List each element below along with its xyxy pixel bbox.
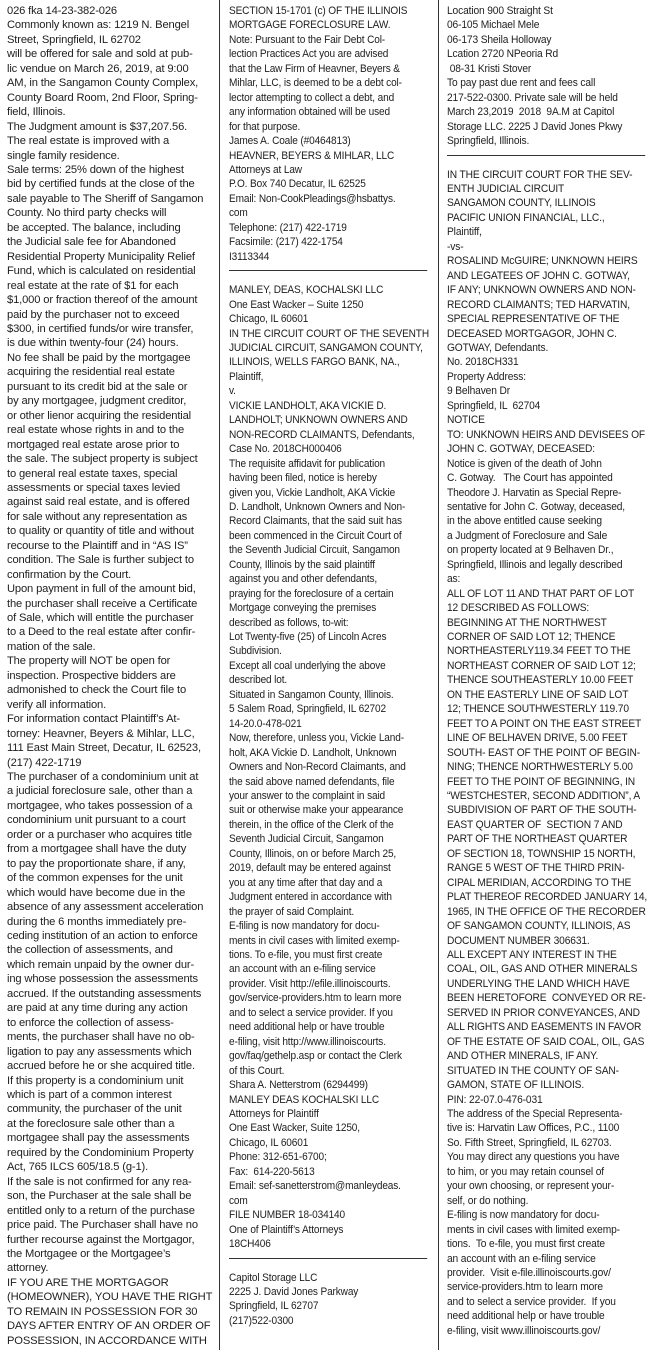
text-line: SECTION 15-1701 (c) OF THE ILLINOIS <box>229 4 429 18</box>
text-line: 18CH406 <box>229 1237 429 1251</box>
text-line: County. No third party checks will <box>7 206 212 220</box>
text-line: of this Court. <box>229 1064 429 1078</box>
text-line: the collection of assessments, and <box>7 943 212 957</box>
text-line: 111 East Main Street, Decatur, IL 62523, <box>7 741 212 755</box>
text-line: recourse to the Plaintiff and in “AS IS” <box>7 539 212 553</box>
text-line: ceding institution of an action to enfor… <box>7 929 212 943</box>
text-line: Springfield, IL 62707 <box>229 1299 429 1313</box>
text-line: PLAT THEREOF RECORDED JANUARY 14, <box>447 890 647 904</box>
text-line: verify all information. <box>7 698 212 712</box>
text-line: assessments or special taxes levied <box>7 481 212 495</box>
text-line: DECEASED MORTGAGOR, JOHN C. <box>447 327 647 341</box>
text-line: NORTHEASTERLY119.34 FEET TO THE <box>447 644 647 658</box>
text-line: Mihlar, LLC, is deemed to be a debt col- <box>229 76 429 90</box>
text-line: Residential Property Municipality Relief <box>7 250 212 264</box>
text-line: For information contact Plaintiff’s At- <box>7 712 212 726</box>
text-line: a judicial foreclosure sale, other than … <box>7 784 212 798</box>
text-line: as: <box>447 572 647 586</box>
text-line: One East Wacker – Suite 1250 <box>229 298 429 312</box>
text-line: OF THE ESTATE OF SAID COAL, OIL, GAS <box>447 1035 647 1049</box>
text-line: against said real estate, and is offered <box>7 495 212 509</box>
text-line: therein, in the office of the Clerk of t… <box>229 818 429 832</box>
text-line: (217) 422-1719 <box>7 756 212 770</box>
text-line: RECORD CLAIMANTS; TED HARVATIN, <box>447 298 647 312</box>
text-line: will be offered for sale and sold at pub… <box>7 47 212 61</box>
text-line: which would have become due in the <box>7 886 212 900</box>
text-line: admonished to check the Court file to <box>7 683 212 697</box>
text-line: by any mortgagee, judgment creditor, <box>7 394 212 408</box>
text-line: TO REMAIN IN POSSESSION FOR 30 <box>7 1305 212 1319</box>
text-line: The purchaser of a condominium unit at <box>7 770 212 784</box>
text-line: Plaintiff, <box>229 370 429 384</box>
text-line: confirmation by the Court. <box>7 568 212 582</box>
text-line: need additional help or have trouble <box>229 1020 429 1034</box>
text-line: single family residence. <box>7 149 212 163</box>
text-line: If the sale is not confirmed for any rea… <box>7 1175 212 1189</box>
text-line: Act, 765 ILCS 605/18.5 (g-1). <box>7 1160 212 1174</box>
text-line: the said above named defendants, file <box>229 775 429 789</box>
text-line: MANLEY, DEAS, KOCHALSKI LLC <box>229 283 429 297</box>
text-line: 217-522-0300. Private sale will be held <box>447 91 647 105</box>
text-line: tive is: Harvatin Law Offices, P.C., 110… <box>447 1121 647 1135</box>
text-line: gov/service-providers.htm to learn more <box>229 991 429 1005</box>
text-line: com <box>229 206 429 220</box>
text-line: be accepted. The balance, including <box>7 221 212 235</box>
text-line: gov/faq/gethelp.asp or contact the Clerk <box>229 1049 429 1063</box>
text-line: JOHN C. GOTWAY, DECEASED: <box>447 442 647 456</box>
text-line: SANGAMON COUNTY, ILLINOIS <box>447 196 647 210</box>
text-line: ROSALIND McGUIRE; UNKNOWN HEIRS <box>447 254 647 268</box>
text-line: (217)522-0300 <box>229 1314 429 1328</box>
text-line: ALL RIGHTS AND EASEMENTS IN FAVOR <box>447 1020 647 1034</box>
text-line: paid by the purchaser not to exceed <box>7 308 212 322</box>
text-line: for sale without any representation as <box>7 510 212 524</box>
text-line: ments in civil cases with limited exemp- <box>229 934 429 948</box>
text-line: absence of any assessment acceleration <box>7 900 212 914</box>
text-line: Attorneys for Plaintiff <box>229 1107 429 1121</box>
text-line: Upon payment in full of the amount bid, <box>7 582 212 596</box>
text-line: -vs- <box>447 240 647 254</box>
text-line: MANLEY DEAS KOCHALSKI LLC <box>229 1093 429 1107</box>
text-line: $300, in certified funds/or wire transfe… <box>7 322 212 336</box>
text-line: $1,000 or fraction thereof of the amount <box>7 293 212 307</box>
text-line: LANDHOLT; UNKNOWN OWNERS AND <box>229 413 429 427</box>
text-line: So. Fifth Street, Springfield, IL 62703. <box>447 1136 647 1150</box>
text-line: that the Law Firm of Heavner, Beyers & <box>229 62 429 76</box>
text-line: mation of the sale. <box>7 640 212 654</box>
text-line: Phone: 312-651-6700; <box>229 1150 429 1164</box>
text-line: ILLINOIS, WELLS FARGO BANK, NA., <box>229 355 429 369</box>
text-line: to pay the proportionate share, if any, <box>7 857 212 871</box>
text-line: described lot. <box>229 673 429 687</box>
text-line: tions. To e-file, you must first create <box>447 1237 647 1251</box>
text-line: FILE NUMBER 18-034140 <box>229 1208 429 1222</box>
text-line: If this property is a condominium unit <box>7 1074 212 1088</box>
text-line: Mortgage conveying the premises <box>229 601 429 615</box>
capitol-storage-notice-end: Location 900 Straight St06-105 Michael M… <box>447 4 647 149</box>
text-line: ments, the purchaser shall have no ob- <box>7 1030 212 1044</box>
text-line: 06-173 Sheila Holloway <box>447 33 647 47</box>
text-line: EAST QUARTER OF SECTION 7 AND <box>447 818 647 832</box>
text-line: SOUTH- EAST OF THE POINT OF BEGIN- <box>447 746 647 760</box>
text-line: having been filed, notice is hereby <box>229 471 429 485</box>
text-line: Street, Springfield, IL 62702 <box>7 33 212 47</box>
text-line: BEEN HERETOFORE CONVEYED OR RE- <box>447 991 647 1005</box>
text-line: further recourse against the Mortgagor, <box>7 1233 212 1247</box>
text-line: Sale terms: 25% down of the highest <box>7 163 212 177</box>
column-3: Location 900 Straight St06-105 Michael M… <box>447 4 647 1338</box>
text-line: IF YOU ARE THE MORTGAGOR <box>7 1276 212 1290</box>
text-line: The property will NOT be open for <box>7 654 212 668</box>
text-line: on property located at 9 Belhaven Dr., <box>447 543 647 557</box>
text-line: Chicago, IL 60601 <box>229 312 429 326</box>
text-line: IF ANY; UNKNOWN OWNERS AND NON- <box>447 283 647 297</box>
text-line: Chicago, IL 60601 <box>229 1136 429 1150</box>
text-line: 026 fka 14-23-382-026 <box>7 4 212 18</box>
text-line: the Mortgagee or the Mortgagee’s <box>7 1247 212 1261</box>
text-line: PACIFIC UNION FINANCIAL, LLC., <box>447 211 647 225</box>
text-line: to him, or you may retain counsel of <box>447 1165 647 1179</box>
text-line: to a Deed to the real estate after confi… <box>7 625 212 639</box>
text-line: the sale. The subject property is subjec… <box>7 452 212 466</box>
text-line: No. 2018CH331 <box>447 355 647 369</box>
notice-separator <box>229 1258 427 1259</box>
notice-separator <box>447 155 645 156</box>
text-line: ALL OF LOT 11 AND THAT PART OF LOT <box>447 587 647 601</box>
text-line: the prayer of said Complaint. <box>229 905 429 919</box>
text-line: com <box>229 1194 429 1208</box>
text-line: accrued before he or she acquired title. <box>7 1059 212 1073</box>
text-line: the purchaser shall receive a Certificat… <box>7 597 212 611</box>
text-line: any information obtained will be used <box>229 105 429 119</box>
text-line: Notice is given of the death of John <box>447 457 647 471</box>
text-line: Capitol Storage LLC <box>229 1271 429 1285</box>
column-divider <box>219 0 220 1350</box>
text-line: OF SANGAMON COUNTY, ILLINOIS, AS <box>447 919 647 933</box>
text-line: of Sale, which will entitle the purchase… <box>7 611 212 625</box>
text-line: Fax: 614-220-5613 <box>229 1165 429 1179</box>
text-line: NOTICE <box>447 413 647 427</box>
text-line: Springfield, Illinois and legally descri… <box>447 558 647 572</box>
text-line: The requisite affidavit for publication <box>229 457 429 471</box>
text-line: order or a purchaser who acquires title <box>7 828 212 842</box>
text-line: Email: sef-sanetterstrom@manleydeas. <box>229 1179 429 1193</box>
text-line: D. Landholt, Unknown Owners and Non- <box>229 500 429 514</box>
text-line: Shara A. Netterstrom (6294499) <box>229 1078 429 1092</box>
text-line: of the common expenses for the unit <box>7 871 212 885</box>
text-line: 9 Belhaven Dr <box>447 384 647 398</box>
landholt-foreclosure-notice: MANLEY, DEAS, KOCHALSKI LLCOne East Wack… <box>229 283 429 1251</box>
text-line: entitled only to a return of the purchas… <box>7 1204 212 1218</box>
text-line: your own choosing, or represent your- <box>447 1179 647 1193</box>
text-line: an account with an e-filing service <box>229 962 429 976</box>
text-line: Record Claimants, that the said suit has <box>229 514 429 528</box>
text-line: P.O. Box 740 Decatur, IL 62525 <box>229 177 429 191</box>
text-line: DOCUMENT NUMBER 306631. <box>447 934 647 948</box>
text-line: PIN: 22-07.0-476-031 <box>447 1093 647 1107</box>
text-line: real estate whose rights in and to the <box>7 423 212 437</box>
text-line: sale payable to The Sheriff of Sangamon <box>7 192 212 206</box>
text-line: Springfield, IL 62704 <box>447 399 647 413</box>
text-line: price paid. The Purchaser shall have no <box>7 1218 212 1232</box>
text-line: “WESTCHESTER, SECOND ADDITION”, A <box>447 789 647 803</box>
text-line: Commonly known as: 1219 N. Bengel <box>7 18 212 32</box>
text-line: are paid at any time during any action <box>7 1001 212 1015</box>
text-line: ON THE EASTERLY LINE OF SAID LOT <box>447 688 647 702</box>
text-line: lector attempting to collect a debt, and <box>229 91 429 105</box>
text-line: Judgment entered in accordance with <box>229 890 429 904</box>
text-line: JUDICIAL CIRCUIT, SANGAMON COUNTY, <box>229 341 429 355</box>
text-line: or other lienor acquiring the residentia… <box>7 409 212 423</box>
text-line: mortgagee, who takes possession of a <box>7 799 212 813</box>
text-line: service-providers.htm to learn more <box>447 1280 647 1294</box>
gotway-foreclosure-notice: IN THE CIRCUIT COURT FOR THE SEV-ENTH JU… <box>447 168 647 1339</box>
text-line: son, the Purchaser at the sale shall be <box>7 1189 212 1203</box>
text-line: NON-RECORD CLAIMANTS, Defendants, <box>229 428 429 442</box>
text-line: in the above entitled cause seeking <box>447 514 647 528</box>
text-line: TO: UNKNOWN HEIRS AND DEVISEES OF <box>447 428 647 442</box>
text-line: e-filing, visit http://www.illinoiscourt… <box>229 1035 429 1049</box>
text-line: ligation to pay any assessments which <box>7 1045 212 1059</box>
text-line: inspection. Prospective bidders are <box>7 669 212 683</box>
text-line: 1965, IN THE OFFICE OF THE RECORDER <box>447 905 647 919</box>
text-line: Situated in Sangamon County, Illinois. <box>229 688 429 702</box>
sheriff-sale-notice-end: SECTION 15-1701 (c) OF THE ILLINOISMORTG… <box>229 4 429 264</box>
text-line: SERVED IN PRIOR CONVEYANCES, AND <box>447 1006 647 1020</box>
text-line: 12 DESCRIBED AS FOLLOWS: <box>447 601 647 615</box>
text-line: pursuant to its credit bid at the sale o… <box>7 380 212 394</box>
text-line: sentative for John C. Gotway, deceased, <box>447 500 647 514</box>
text-line: accrued. If the outstanding assessments <box>7 987 212 1001</box>
text-line: E-filing is now mandatory for docu- <box>229 919 429 933</box>
text-line: which remain unpaid by the owner dur- <box>7 958 212 972</box>
text-line: at the foreclosure sale other than a <box>7 1117 212 1131</box>
text-line: Note: Pursuant to the Fair Debt Col- <box>229 33 429 47</box>
text-line: PART OF THE NORTHEAST QUARTER <box>447 832 647 846</box>
text-line: an account with an e-filing service <box>447 1252 647 1266</box>
text-line: is due within twenty-four (24) hours. <box>7 336 212 350</box>
text-line: praying for the foreclosure of a certain <box>229 587 429 601</box>
text-line: Subdivision. <box>229 644 429 658</box>
text-line: lection Practices Act you are advised <box>229 47 429 61</box>
column-2: SECTION 15-1701 (c) OF THE ILLINOISMORTG… <box>229 4 429 1328</box>
text-line: torney: Heavner, Beyers & Mihlar, LLC, <box>7 727 212 741</box>
text-line: 2225 J. David Jones Parkway <box>229 1285 429 1299</box>
text-line: real estate at the rate of $1 for each <box>7 279 212 293</box>
text-line: Attorneys at Law <box>229 163 429 177</box>
text-line: against you and other defendants, <box>229 572 429 586</box>
text-line: HEAVNER, BEYERS & MIHLAR, LLC <box>229 149 429 163</box>
text-line: LINE OF BELHAVEN DRIVE, 5.00 FEET <box>447 731 647 745</box>
text-line: E-filing is now mandatory for docu- <box>447 1208 647 1222</box>
text-line: 08-31 Kristi Stover <box>447 62 647 76</box>
column-divider <box>438 0 439 1350</box>
text-line: Theodore J. Harvatin as Special Repre- <box>447 486 647 500</box>
text-line: UNDERLYING THE LAND WHICH HAVE <box>447 977 647 991</box>
text-line: provider. Visit http://efile.illinoiscou… <box>229 977 429 991</box>
text-line: condominium unit pursuant to a court <box>7 813 212 827</box>
text-line: The address of the Special Representa- <box>447 1107 647 1121</box>
text-line: AND LEGATEES OF JOHN C. GOTWAY, <box>447 269 647 283</box>
text-line: GAMON, STATE OF ILLINOIS. <box>447 1078 647 1092</box>
text-line: AND OTHER MINERALS, IF ANY. <box>447 1049 647 1063</box>
text-line: acquiring the residential real estate <box>7 365 212 379</box>
text-line: provider. Visit e-file.illinoiscourts.go… <box>447 1266 647 1280</box>
text-line: 06-105 Michael Mele <box>447 18 647 32</box>
text-line: BEGINNING AT THE NORTHWEST <box>447 616 647 630</box>
text-line: Seventh Judicial Circuit, Sangamon <box>229 832 429 846</box>
text-line: described as follows, to-wit: <box>229 616 429 630</box>
text-line: and to select a service provider. If you <box>229 1006 429 1020</box>
text-line: One East Wacker, Suite 1250, <box>229 1121 429 1135</box>
text-line: COAL, OIL, GAS AND OTHER MINERALS <box>447 962 647 976</box>
legal-notices-page: 026 fka 14-23-382-026Commonly known as: … <box>0 0 649 1364</box>
text-line: To pay past due rent and fees call <box>447 76 647 90</box>
capitol-storage-notice-start: Capitol Storage LLC2225 J. David Jones P… <box>229 1271 429 1329</box>
text-line: 14-20.0-478-021 <box>229 717 429 731</box>
text-line: No fee shall be paid by the mortgagee <box>7 351 212 365</box>
text-line: and to select a service provider. If you <box>447 1295 647 1309</box>
text-line: 12; THENCE SOUTHWESTERLY 119.70 <box>447 702 647 716</box>
text-line: THENCE SOUTHEASTERLY 10.00 FEET <box>447 673 647 687</box>
text-line: (HOMEOWNER), YOU HAVE THE RIGHT <box>7 1290 212 1304</box>
text-line: SITUATED IN THE COUNTY OF SAN- <box>447 1064 647 1078</box>
text-line: v. <box>229 384 429 398</box>
text-line: been commenced in the Circuit Court of <box>229 529 429 543</box>
text-line: 5 Salem Road, Springfield, IL 62702 <box>229 702 429 716</box>
text-line: holt, AKA Vickie D. Landholt, Unknown <box>229 746 429 760</box>
text-line: a Judgment of Foreclosure and Sale <box>447 529 647 543</box>
text-line: to enforce the collection of assess- <box>7 1016 212 1030</box>
text-line: County Board Room, 2nd Floor, Spring- <box>7 91 212 105</box>
text-line: CIPAL MERIDIAN, ACCORDING TO THE <box>447 876 647 890</box>
text-line: e-filing, visit www.illinoiscourts.gov/ <box>447 1324 647 1338</box>
column-1: 026 fka 14-23-382-026Commonly known as: … <box>7 4 212 1348</box>
text-line: IN THE CIRCUIT COURT OF THE SEVENTH <box>229 327 429 341</box>
text-line: to quality or quantity of title and with… <box>7 524 212 538</box>
text-line: self, or do nothing. <box>447 1194 647 1208</box>
text-line: mortgagee shall pay the assessments <box>7 1131 212 1145</box>
text-line: VICKIE LANDHOLT, AKA VICKIE D. <box>229 399 429 413</box>
text-line: Lot Twenty-five (25) of Lincoln Acres <box>229 630 429 644</box>
text-line: for that purpose. <box>229 120 429 134</box>
text-line: MORTGAGE FORECLOSURE LAW. <box>229 18 429 32</box>
text-line: POSSESSION, IN ACCORDANCE WITH <box>7 1334 212 1348</box>
text-line: James A. Coale (#0464813) <box>229 134 429 148</box>
text-line: condition. The Sale is further subject t… <box>7 553 212 567</box>
text-line: Telephone: (217) 422-1719 <box>229 221 429 235</box>
text-line: C. Gotway. The Court has appointed <box>447 471 647 485</box>
text-line: March 23,2019 2018 9A.M at Capitol <box>447 105 647 119</box>
sheriff-sale-notice-continued: 026 fka 14-23-382-026Commonly known as: … <box>7 4 212 1348</box>
text-line: SUBDIVISION OF PART OF THE SOUTH- <box>447 803 647 817</box>
text-line: Email: Non-CookPleadings@hsbattys. <box>229 192 429 206</box>
text-line: suit or otherwise make your appearance <box>229 803 429 817</box>
text-line: mortgaged real estate arose prior to <box>7 438 212 452</box>
text-line: from a mortgagee shall have the duty <box>7 842 212 856</box>
text-line: County, Illinois by the said plaintiff <box>229 558 429 572</box>
text-line: attorney. <box>7 1261 212 1275</box>
text-line: Storage LLC. 2225 J David Jones Pkwy <box>447 120 647 134</box>
text-line: One of Plaintiff’s Attorneys <box>229 1223 429 1237</box>
text-line: NING; THENCE NORTHWESTERLY 5.00 <box>447 760 647 774</box>
text-line: The real estate is improved with a <box>7 134 212 148</box>
text-line: need additional help or have trouble <box>447 1309 647 1323</box>
text-line: given you, Vickie Landholt, AKA Vickie <box>229 486 429 500</box>
text-line: Except all coal underlying the above <box>229 659 429 673</box>
text-line: AM, in the Sangamon County Complex, <box>7 76 212 90</box>
text-line: the Seventh Judicial Circuit, Sangamon <box>229 543 429 557</box>
text-line: during the 6 months immediately pre- <box>7 915 212 929</box>
text-line: I3113344 <box>229 250 429 264</box>
text-line: The Judgment amount is $37,207.56. <box>7 120 212 134</box>
text-line: tions. To e-file, you must first create <box>229 948 429 962</box>
text-line: Facsimile: (217) 422-1754 <box>229 235 429 249</box>
text-line: SPECIAL REPRESENTATIVE OF THE <box>447 312 647 326</box>
text-line: Plaintiff, <box>447 225 647 239</box>
text-line: Springfield, Illinois. <box>447 134 647 148</box>
text-line: GOTWAY, Defendants. <box>447 341 647 355</box>
text-line: you at any time after that day and a <box>229 876 429 890</box>
text-line: the Judicial sale fee for Abandoned <box>7 235 212 249</box>
text-line: Fund, which is calculated on residential <box>7 264 212 278</box>
text-line: NORTHEAST CORNER OF SAID LOT 12; <box>447 659 647 673</box>
text-line: Now, therefore, unless you, Vickie Land- <box>229 731 429 745</box>
text-line: Case No. 2018CH000406 <box>229 442 429 456</box>
text-line: lic vendue on March 26, 2019, at 9:00 <box>7 62 212 76</box>
text-line: ments in civil cases with limited exemp- <box>447 1223 647 1237</box>
text-line: field, Illinois. <box>7 105 212 119</box>
text-line: Lcation 2720 NPeoria Rd <box>447 47 647 61</box>
text-line: which is part of a common interest <box>7 1088 212 1102</box>
text-line: CORNER OF SAID LOT 12; THENCE <box>447 630 647 644</box>
text-line: County, Illinois, on or before March 25, <box>229 847 429 861</box>
text-line: OF SECTION 18, TOWNSHIP 15 NORTH, <box>447 847 647 861</box>
text-line: community, the purchaser of the unit <box>7 1102 212 1116</box>
text-line: to general real estate taxes, special <box>7 467 212 481</box>
text-line: FEET TO THE POINT OF BEGINNING, IN <box>447 775 647 789</box>
text-line: bid by certified funds at the close of t… <box>7 177 212 191</box>
text-line: ENTH JUDICIAL CIRCUIT <box>447 182 647 196</box>
text-line: your answer to the complaint in said <box>229 789 429 803</box>
text-line: You may direct any questions you have <box>447 1150 647 1164</box>
text-line: ing whose possession the assessments <box>7 972 212 986</box>
text-line: ALL EXCEPT ANY INTEREST IN THE <box>447 948 647 962</box>
text-line: 2019, default may be entered against <box>229 861 429 875</box>
text-line: FEET TO A POINT ON THE EAST STREET <box>447 717 647 731</box>
text-line: Property Address: <box>447 370 647 384</box>
text-line: DAYS AFTER ENTRY OF AN ORDER OF <box>7 1319 212 1333</box>
text-line: IN THE CIRCUIT COURT FOR THE SEV- <box>447 168 647 182</box>
notice-separator <box>229 270 427 271</box>
text-line: Location 900 Straight St <box>447 4 647 18</box>
text-line: Owners and Non-Record Claimants, and <box>229 760 429 774</box>
text-line: RANGE 5 WEST OF THE THIRD PRIN- <box>447 861 647 875</box>
text-line: required by the Condominium Property <box>7 1146 212 1160</box>
